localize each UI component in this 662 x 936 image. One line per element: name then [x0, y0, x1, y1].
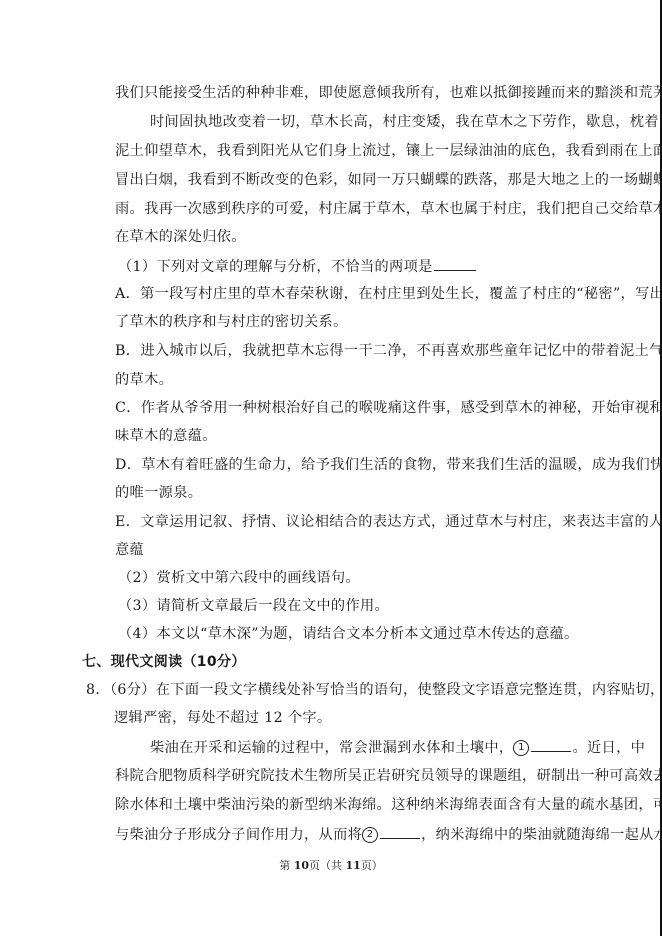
q8-text: 柴油在开采和运输的过程中，常会泄漏到水体和土壤中，	[150, 740, 513, 756]
question-7-2: （2）赏析文中第六段中的画线语句。	[118, 568, 608, 588]
option-a-line1: A．第一段写村庄里的草木春荣秋谢，在村庄里到处生长，覆盖了村庄的“秘密”，写出	[115, 284, 605, 304]
option-b-line1: B．进入城市以后，我就把草木忘得一干二净，不再喜欢那些童年记忆中的带着泥土气息	[115, 341, 605, 361]
passage-line: 冒出白烟，我看到不断改变的色彩，如同一万只蝴蝶的跌落，那是大地之上的一场蝴蝶	[115, 170, 605, 190]
option-a-line2: 了草木的秩序和与村庄的密切关系。	[115, 312, 605, 332]
question-7-1-prompt: （1）下列对文章的理解与分析，不恰当的两项是	[118, 259, 433, 275]
blank-marker-1: 1	[513, 740, 529, 756]
q8-text: ，纳米海绵中的柴油就随海绵一起从水	[421, 827, 662, 843]
passage-line: 泥土仰望草木，我看到阳光从它们身上流过，镶上一层绿油油的底色，我看到雨在上面	[115, 141, 605, 161]
question-7-4: （4）本文以“草木深”为题，请结合文本分析本文通过草木传达的意蕴。	[118, 624, 608, 644]
question-8-prompt-line2: 逻辑严密，每处不超过 12 个字。	[114, 708, 604, 728]
q8-text: 。近日，中	[572, 740, 645, 756]
question-8-prompt-line1: 8．（6分）在下面一段文字横线处补写恰当的语句，使整段文字语意完整连贯，内容贴切…	[86, 680, 576, 700]
q8-passage-line: 科院合肥物质科学研究院技术生物所吴正岩研究员领导的课题组，研制出一种可高效去	[115, 766, 605, 786]
option-b-line2: 的草木。	[115, 370, 605, 390]
total-pages: 11	[346, 859, 361, 872]
option-e-line1: E．文章运用记叙、抒情、议论相结合的表达方式，通过草木与村庄，来表达丰富的人生	[115, 512, 605, 532]
page-footer: 第 10页（共 11页）	[0, 857, 662, 873]
question-7-3: （3）请简析文章最后一段在文中的作用。	[118, 596, 608, 616]
question-7-1: （1）下列对文章的理解与分析，不恰当的两项是	[118, 256, 608, 277]
q8-passage-line: 除水体和土壤中柴油污染的新型纳米海绵。这种纳米海绵表面含有大量的疏水基团，可	[115, 795, 605, 815]
option-d-line1: D．草木有着旺盛的生命力，给予我们生活的食物，带来我们生活的温暖，成为我们快乐	[115, 455, 605, 475]
option-e-line2: 意蕴	[115, 540, 605, 560]
option-c-line1: C．作者从爷爷用一种树根治好自己的喉咙痛这件事，感受到草木的神秘，开始审视和体	[115, 398, 605, 418]
footer-text: 第	[279, 859, 294, 872]
q8-passage-line: 与柴油分子形成分子间作用力，从而将2，纳米海绵中的柴油就随海绵一起从水	[115, 824, 605, 845]
footer-text: 页（共	[309, 859, 346, 872]
option-d-line2: 的唯一源泉。	[115, 483, 605, 503]
passage-line: 雨。我再一次感到秩序的可爱，村庄属于草木，草木也属于村庄，我们把自己交给草木，	[115, 199, 605, 219]
blank-marker-2: 2	[362, 827, 378, 843]
section-heading: 七、现代文阅读（10分）	[82, 652, 572, 672]
passage-line: 我们只能接受生活的种种非难，即使愿意倾我所有，也难以抵御接踵而来的黯淡和荒芜。	[115, 83, 605, 103]
answer-blank	[434, 256, 476, 271]
passage-line: 在草木的深处归依。	[115, 227, 605, 247]
q8-text: 与柴油分子形成分子间作用力，从而将	[115, 827, 362, 843]
page-number: 10	[294, 859, 309, 872]
footer-text: 页）	[361, 859, 383, 872]
passage-line: 时间固执地改变着一切，草木长高，村庄变矮，我在草木之下劳作，歇息，枕着	[150, 112, 640, 132]
answer-blank-2	[380, 824, 420, 839]
q8-passage-line: 柴油在开采和运输的过程中，常会泄漏到水体和土壤中，1。近日，中	[150, 737, 640, 758]
answer-blank-1	[531, 737, 571, 752]
option-c-line2: 味草木的意蕴。	[115, 426, 605, 446]
